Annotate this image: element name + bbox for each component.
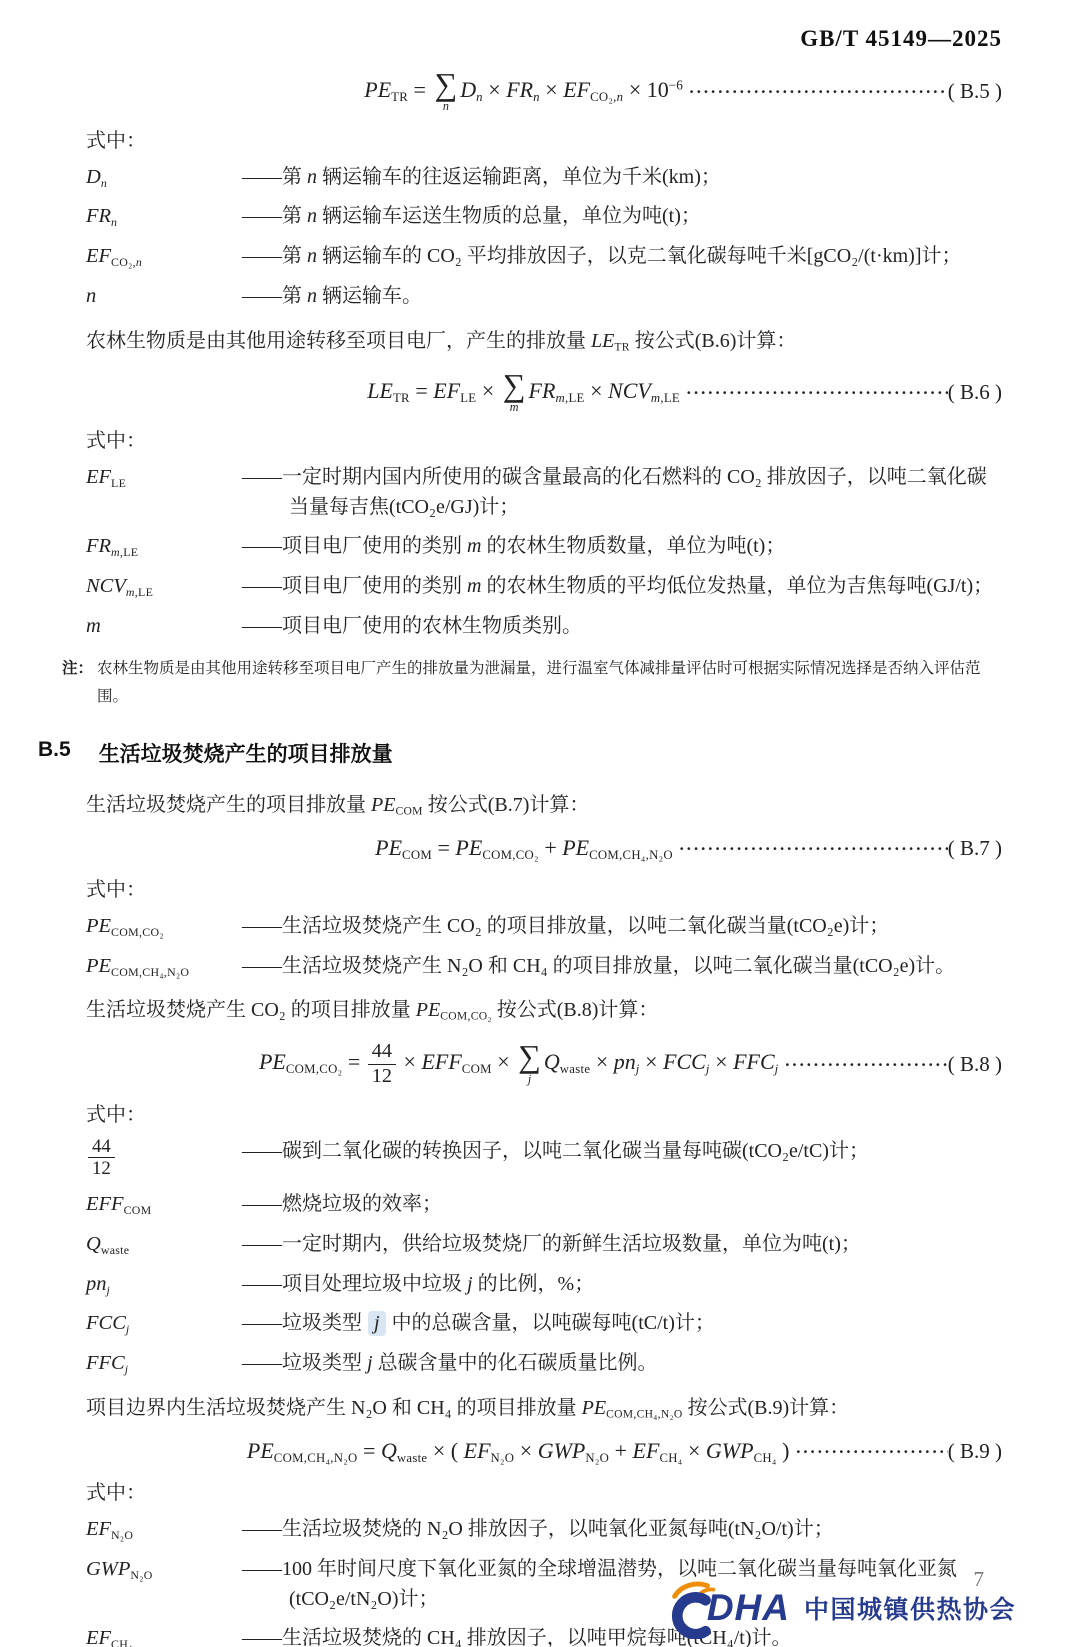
- symbol-term: 4412: [86, 1136, 242, 1180]
- symbol-term: NCVm,LE: [86, 571, 242, 602]
- section-number: B.5: [38, 738, 71, 768]
- symbol-term: EFCH₄: [86, 1623, 242, 1647]
- definition-item: Dn ——第 n 辆运输车的往返运输距离，单位为千米(km)；: [86, 162, 1002, 193]
- symbol-definition: ——第 n 辆运输车。: [242, 281, 1002, 312]
- symbol-term: PECOM,CH₄,N₂O: [86, 951, 242, 982]
- definition-item: PECOM,CH₄,N₂O ——生活垃圾焚烧产生 N₂O 和 CH₄ 的项目排放…: [86, 951, 1002, 982]
- dot-leader: ········································…: [680, 384, 948, 401]
- symbol-term: n: [86, 281, 242, 312]
- symbol-term: FCCj: [86, 1308, 242, 1339]
- where-label: 式中：: [86, 1098, 1002, 1127]
- dot-leader: ········································…: [673, 840, 948, 857]
- symbol-definition: ——项目电厂使用的农林生物质类别。: [242, 611, 1002, 642]
- page-number: 7: [974, 1567, 985, 1592]
- formula-b7-label: ( B.7 ): [948, 836, 1002, 861]
- symbol-term: Qwaste: [86, 1229, 242, 1260]
- symbol-definition: ——第 n 辆运输车运送生物质的总量，单位为吨(t)；: [242, 201, 1002, 232]
- definition-item: EFFCOM ——燃烧垃圾的效率；: [86, 1189, 1002, 1220]
- definition-item: FRn ——第 n 辆运输车运送生物质的总量，单位为吨(t)；: [86, 201, 1002, 232]
- definition-item: FRm,LE ——项目电厂使用的类别 m 的农林生物质数量，单位为吨(t)；: [86, 531, 1002, 562]
- symbol-definition: ——燃烧垃圾的效率；: [242, 1189, 1002, 1220]
- formula-b5-label: ( B.5 ): [948, 79, 1002, 104]
- symbol-term: Dn: [86, 162, 242, 193]
- symbol-definition: ——一定时期内国内所使用的碳含量最高的化石燃料的 CO₂ 排放因子，以吨二氧化碳…: [242, 462, 1002, 522]
- formula-b9-label: ( B.9 ): [948, 1439, 1002, 1464]
- symbol-definition: ——第 n 辆运输车的往返运输距离，单位为千米(km)；: [242, 162, 1002, 193]
- symbol-term: EFFCOM: [86, 1189, 242, 1220]
- symbol-definition: ——碳到二氧化碳的转换因子，以吨二氧化碳当量每吨碳(tCO₂e/tC)计；: [242, 1136, 1002, 1180]
- paragraph-b9-intro: 项目边界内生活垃圾焚烧产生 N₂O 和 CH₄ 的项目排放量 PECOM,CH₄…: [86, 1393, 1002, 1424]
- symbol-definition: ——生活垃圾焚烧的 N₂O 排放因子，以吨氧化亚氮每吨(tN₂O/t)计；: [242, 1514, 1002, 1545]
- definition-item: PECOM,CO₂ ——生活垃圾焚烧产生 CO₂ 的项目排放量，以吨二氧化碳当量…: [86, 911, 1002, 942]
- where-label: 式中：: [86, 124, 1002, 153]
- dha-logo-abbr: DHA: [707, 1587, 790, 1629]
- symbol-definition: ——项目电厂使用的类别 m 的农林生物质数量，单位为吨(t)；: [242, 531, 1002, 562]
- dot-leader: ········································…: [683, 83, 948, 100]
- symbol-term: m: [86, 611, 242, 642]
- page-footer: 7 DHA 中国城镇供热协会: [661, 1575, 1016, 1641]
- paragraph-b8-intro: 生活垃圾焚烧产生 CO₂ 的项目排放量 PECOM,CO₂ 按公式(B.8)计算…: [86, 995, 1002, 1026]
- formula-b6-label: ( B.6 ): [948, 380, 1002, 405]
- symbol-definition: ——项目处理垃圾中垃圾 j 的比例，%；: [242, 1269, 1002, 1300]
- symbol-definition: ——第 n 辆运输车的 CO₂ 平均排放因子，以克二氧化碳每吨千米[gCO₂/(…: [242, 241, 1002, 272]
- definition-item: EFLE ——一定时期内国内所使用的碳含量最高的化石燃料的 CO₂ 排放因子，以…: [86, 462, 1002, 522]
- definition-item: n ——第 n 辆运输车。: [86, 281, 1002, 312]
- note-b6: 注： 农林生物质是由其他用途转移至项目电厂产生的排放量为泄漏量，进行温室气体减排…: [62, 655, 1002, 709]
- symbol-definition: ——项目电厂使用的类别 m 的农林生物质的平均低位发热量，单位为吉焦每吨(GJ/…: [242, 571, 1002, 602]
- definition-list-b7: PECOM,CO₂ ——生活垃圾焚烧产生 CO₂ 的项目排放量，以吨二氧化碳当量…: [86, 911, 1002, 982]
- definition-item: NCVm,LE ——项目电厂使用的类别 m 的农林生物质的平均低位发热量，单位为…: [86, 571, 1002, 602]
- symbol-definition: ——垃圾类型 j 中的总碳含量，以吨碳每吨(tC/t)计；: [242, 1308, 1002, 1339]
- formula-b7: PECOM = PECOM,CO₂ + PECOM,CH₄,N₂O ······…: [86, 835, 1002, 863]
- symbol-definition: ——生活垃圾焚烧产生 CO₂ 的项目排放量，以吨二氧化碳当量(tCO₂e)计；: [242, 911, 1002, 942]
- definition-item: 4412 ——碳到二氧化碳的转换因子，以吨二氧化碳当量每吨碳(tCO₂e/tC)…: [86, 1136, 1002, 1180]
- symbol-term: EFCO₂,n: [86, 241, 242, 272]
- definition-item: EFN₂O ——生活垃圾焚烧的 N₂O 排放因子，以吨氧化亚氮每吨(tN₂O/t…: [86, 1514, 1002, 1545]
- paragraph-b7-intro: 生活垃圾焚烧产生的项目排放量 PECOM 按公式(B.7)计算：: [86, 790, 1002, 821]
- document-page: GB/T 45149—2025 PETR = ∑nDn × FRn × EFCO…: [0, 0, 1080, 1647]
- symbol-term: FRm,LE: [86, 531, 242, 562]
- definition-item: m ——项目电厂使用的农林生物质类别。: [86, 611, 1002, 642]
- formula-b5-expression: PETR = ∑nDn × FRn × EFCO₂,n × 10−6: [364, 70, 683, 114]
- formula-b6: LETR = EFLE × ∑mFRm,LE × NCVm,LE ·······…: [86, 371, 1002, 415]
- formula-b7-expression: PECOM = PECOM,CO₂ + PECOM,CH₄,N₂O: [375, 835, 673, 863]
- dot-leader: ········································…: [778, 1056, 947, 1073]
- section-heading: B.5 生活垃圾焚烧产生的项目排放量: [38, 738, 1002, 768]
- formula-b8: PECOM,CO₂ = 4412 × EFFCOM × ∑jQwaste × p…: [86, 1040, 1002, 1088]
- section-title: 生活垃圾焚烧产生的项目排放量: [99, 738, 393, 768]
- dha-logo-name: 中国城镇供热协会: [804, 1590, 1016, 1626]
- dha-logo: DHA 中国城镇供热协会: [661, 1577, 1016, 1639]
- symbol-term: EFLE: [86, 462, 242, 522]
- standard-number: GB/T 45149—2025: [86, 26, 1002, 52]
- formula-b8-label: ( B.8 ): [948, 1052, 1002, 1077]
- definition-list-b6: EFLE ——一定时期内国内所使用的碳含量最高的化石燃料的 CO₂ 排放因子，以…: [86, 462, 1002, 641]
- definition-item: FCCj ——垃圾类型 j 中的总碳含量，以吨碳每吨(tC/t)计；: [86, 1308, 1002, 1339]
- where-label: 式中：: [86, 1476, 1002, 1505]
- formula-b5: PETR = ∑nDn × FRn × EFCO₂,n × 10−6 ·····…: [86, 70, 1002, 114]
- definition-item: pnj ——项目处理垃圾中垃圾 j 的比例，%；: [86, 1269, 1002, 1300]
- symbol-definition: ——生活垃圾焚烧产生 N₂O 和 CH₄ 的项目排放量，以吨二氧化碳当量(tCO…: [242, 951, 1002, 982]
- formula-b8-expression: PECOM,CO₂ = 4412 × EFFCOM × ∑jQwaste × p…: [259, 1040, 779, 1088]
- symbol-term: pnj: [86, 1269, 242, 1300]
- formula-b6-expression: LETR = EFLE × ∑mFRm,LE × NCVm,LE: [367, 371, 680, 415]
- symbol-term: FFCj: [86, 1348, 242, 1379]
- symbol-definition: ——垃圾类型 j 总碳含量中的化石碳质量比例。: [242, 1348, 1002, 1379]
- note-text: 农林生物质是由其他用途转移至项目电厂产生的排放量为泄漏量，进行温室气体减排量评估…: [97, 655, 1002, 709]
- paragraph-b6-intro: 农林生物质是由其他用途转移至项目电厂，产生的排放量 LETR 按公式(B.6)计…: [86, 326, 1002, 357]
- where-label: 式中：: [86, 424, 1002, 453]
- definition-item: FFCj ——垃圾类型 j 总碳含量中的化石碳质量比例。: [86, 1348, 1002, 1379]
- formula-b9: PECOM,CH₄,N₂O = Qwaste × ( EFN₂O × GWPN₂…: [86, 1438, 1002, 1466]
- symbol-term: FRn: [86, 201, 242, 232]
- symbol-definition: ——一定时期内，供给垃圾焚烧厂的新鲜生活垃圾数量，单位为吨(t)；: [242, 1229, 1002, 1260]
- symbol-term: PECOM,CO₂: [86, 911, 242, 942]
- formula-b9-expression: PECOM,CH₄,N₂O = Qwaste × ( EFN₂O × GWPN₂…: [247, 1438, 790, 1466]
- where-label: 式中：: [86, 873, 1002, 902]
- symbol-term: GWPN₂O: [86, 1554, 242, 1614]
- definition-item: Qwaste ——一定时期内，供给垃圾焚烧厂的新鲜生活垃圾数量，单位为吨(t)；: [86, 1229, 1002, 1260]
- note-prefix: 注：: [62, 655, 97, 709]
- definition-list-b8: 4412 ——碳到二氧化碳的转换因子，以吨二氧化碳当量每吨碳(tCO₂e/tC)…: [86, 1136, 1002, 1379]
- definition-item: EFCO₂,n ——第 n 辆运输车的 CO₂ 平均排放因子，以克二氧化碳每吨千…: [86, 241, 1002, 272]
- dot-leader: ········································…: [789, 1443, 947, 1460]
- symbol-term: EFN₂O: [86, 1514, 242, 1545]
- definition-list-b5: Dn ——第 n 辆运输车的往返运输距离，单位为千米(km)； FRn ——第 …: [86, 162, 1002, 312]
